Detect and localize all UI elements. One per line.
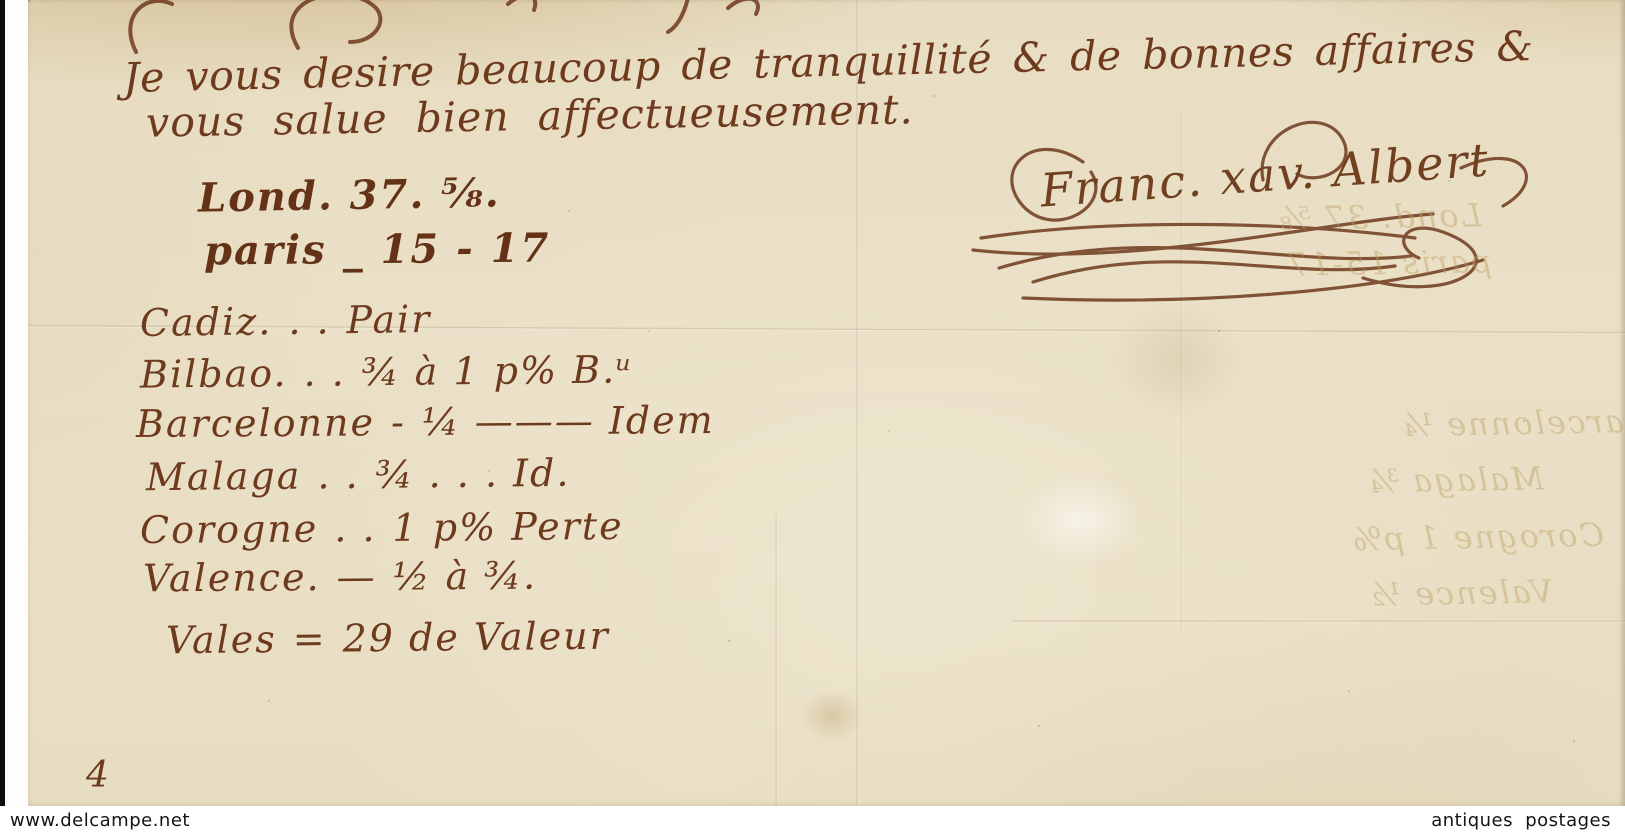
rate-value: Pair (346, 299, 431, 342)
margin-mark: 4 (86, 756, 109, 796)
rate-value: ½ à ¾. (392, 556, 537, 599)
watermark-antiques-postages: antiques postages (1431, 810, 1611, 831)
rate-row-barcelonne: Barcelonne - ¼ ——— Idem (136, 400, 715, 446)
quote-paris: paris _ 15 - 17 (204, 226, 551, 273)
letter-scan: Je vous desire beaucoup de tranquillité … (0, 0, 1625, 832)
rate-place: Vales (166, 619, 277, 662)
rate-leader: — (336, 557, 376, 599)
rate-value: 1 p% Perte (392, 506, 623, 550)
ghost-bleedthrough-line: paris 15-17 (1286, 242, 1493, 284)
rate-value: ¼ ——— Idem (422, 400, 715, 444)
ghost-bleedthrough-line: Valence ½ (1368, 572, 1554, 613)
rate-row-malaga: Malaga . . ¾ . . . Id. (146, 453, 571, 499)
rate-place: Cadiz. (140, 301, 273, 345)
rate-place: Malaga (146, 456, 302, 499)
rate-leader: = (293, 619, 327, 661)
rate-leader: . . (334, 508, 377, 550)
rate-leader: . . (288, 300, 331, 342)
horizontal-fold-crease-right (1013, 620, 1625, 623)
rate-place: Corogne (140, 509, 319, 552)
rate-leader: - (391, 402, 406, 444)
rate-row-vales: Vales = 29 de Valeur (166, 616, 610, 662)
ghost-bleedthrough-line: Lond. 37 ⅝ (1278, 196, 1482, 238)
rate-value: 29 de Valeur (342, 616, 610, 661)
rate-leader: . . (317, 455, 360, 497)
rate-place: Bilbao. (140, 353, 288, 396)
quote-london: Lond. 37. ⅝. (198, 171, 501, 220)
ink-stain (800, 690, 864, 742)
ghost-bleedthrough-line: Barcelonne ¼ (1400, 402, 1625, 444)
paper-specks (28, 0, 30, 2)
vertical-fold-crease-lower (775, 515, 778, 808)
letter-body-line-2: vous salue bien affectueusement. (146, 87, 914, 145)
rate-value: ¾ à 1 p% B.ᵘ (362, 349, 634, 394)
rate-leader: . . (303, 352, 346, 394)
rate-row-cadiz: Cadiz. . . Pair (140, 299, 432, 345)
rate-row-corogne: Corogne . . 1 p% Perte (140, 506, 624, 552)
ghost-bleedthrough-line: Corogne 1 p% (1350, 516, 1605, 558)
scan-bottom-strip: www.delcampe.net antiques postages (0, 806, 1625, 832)
rate-row-bilbao: Bilbao. . . ¾ à 1 p% B.ᵘ (140, 349, 634, 396)
letter-paper: Je vous desire beaucoup de tranquillité … (28, 0, 1625, 808)
rate-place: Valence. (143, 557, 321, 600)
rate-row-valence: Valence. — ½ à ¾. (143, 556, 537, 601)
watermark-delcampe: www.delcampe.net (10, 810, 190, 831)
seal-emboss-mark (1013, 470, 1143, 570)
ghost-bleedthrough-line: Malaga ¾ (1366, 459, 1545, 500)
rate-place: Barcelonne (136, 402, 375, 445)
rate-value: ¾ . . . Id. (375, 453, 570, 497)
scan-left-margin (5, 0, 28, 806)
